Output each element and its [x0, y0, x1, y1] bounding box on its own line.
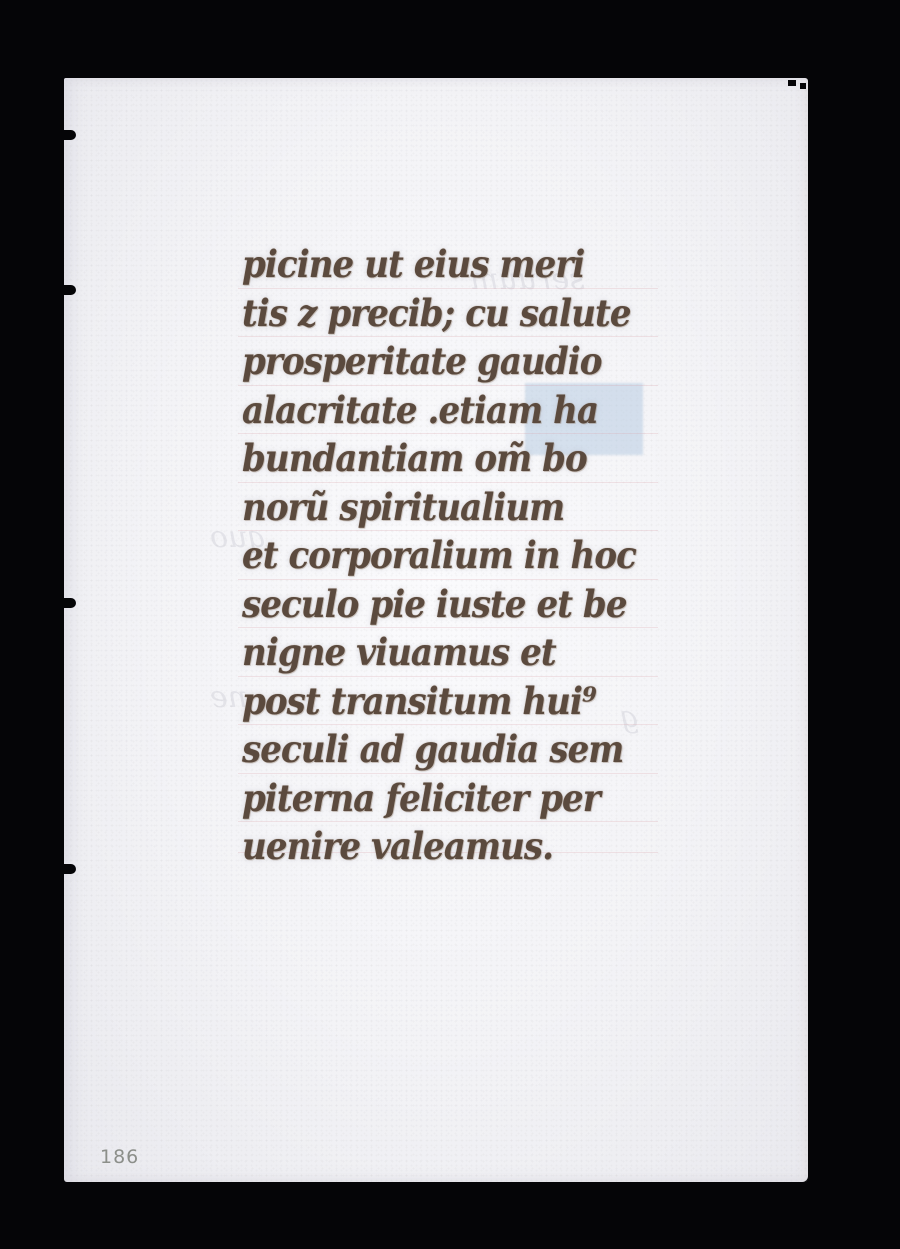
left-edge-notch	[62, 285, 76, 295]
text-line: seculo pie iuste et be	[242, 580, 628, 629]
manuscript-text-block: picine ut eius meri tis z precib; cu sal…	[242, 240, 662, 871]
text-line: prosperitate gaudio	[242, 337, 628, 386]
text-line: norũ spiritualium	[242, 483, 628, 532]
page-background: seruum quo ne g picine ut eius meri tis …	[0, 0, 900, 1249]
left-edge-notch	[62, 864, 76, 874]
text-line: alacritate .etiam ha	[242, 386, 628, 435]
top-right-corner-chip	[800, 83, 806, 89]
top-right-corner-chip	[788, 80, 796, 86]
text-line: tis z precib; cu salute	[242, 289, 628, 338]
text-line: picine ut eius meri	[242, 240, 628, 289]
text-line: piterna feliciter per	[242, 774, 628, 823]
text-line: bundantiam om̃ bo	[242, 434, 628, 483]
left-edge-notch	[62, 130, 76, 140]
text-line: uenire valeamus.	[242, 822, 628, 871]
folio-number: 186	[100, 1146, 139, 1168]
left-edge-notch	[62, 598, 76, 608]
text-line: seculi ad gaudia sem	[242, 725, 628, 774]
text-line: et corporalium in hoc	[242, 531, 628, 580]
text-line: nigne viuamus et	[242, 628, 628, 677]
text-line: post transitum hui⁹	[242, 677, 628, 726]
